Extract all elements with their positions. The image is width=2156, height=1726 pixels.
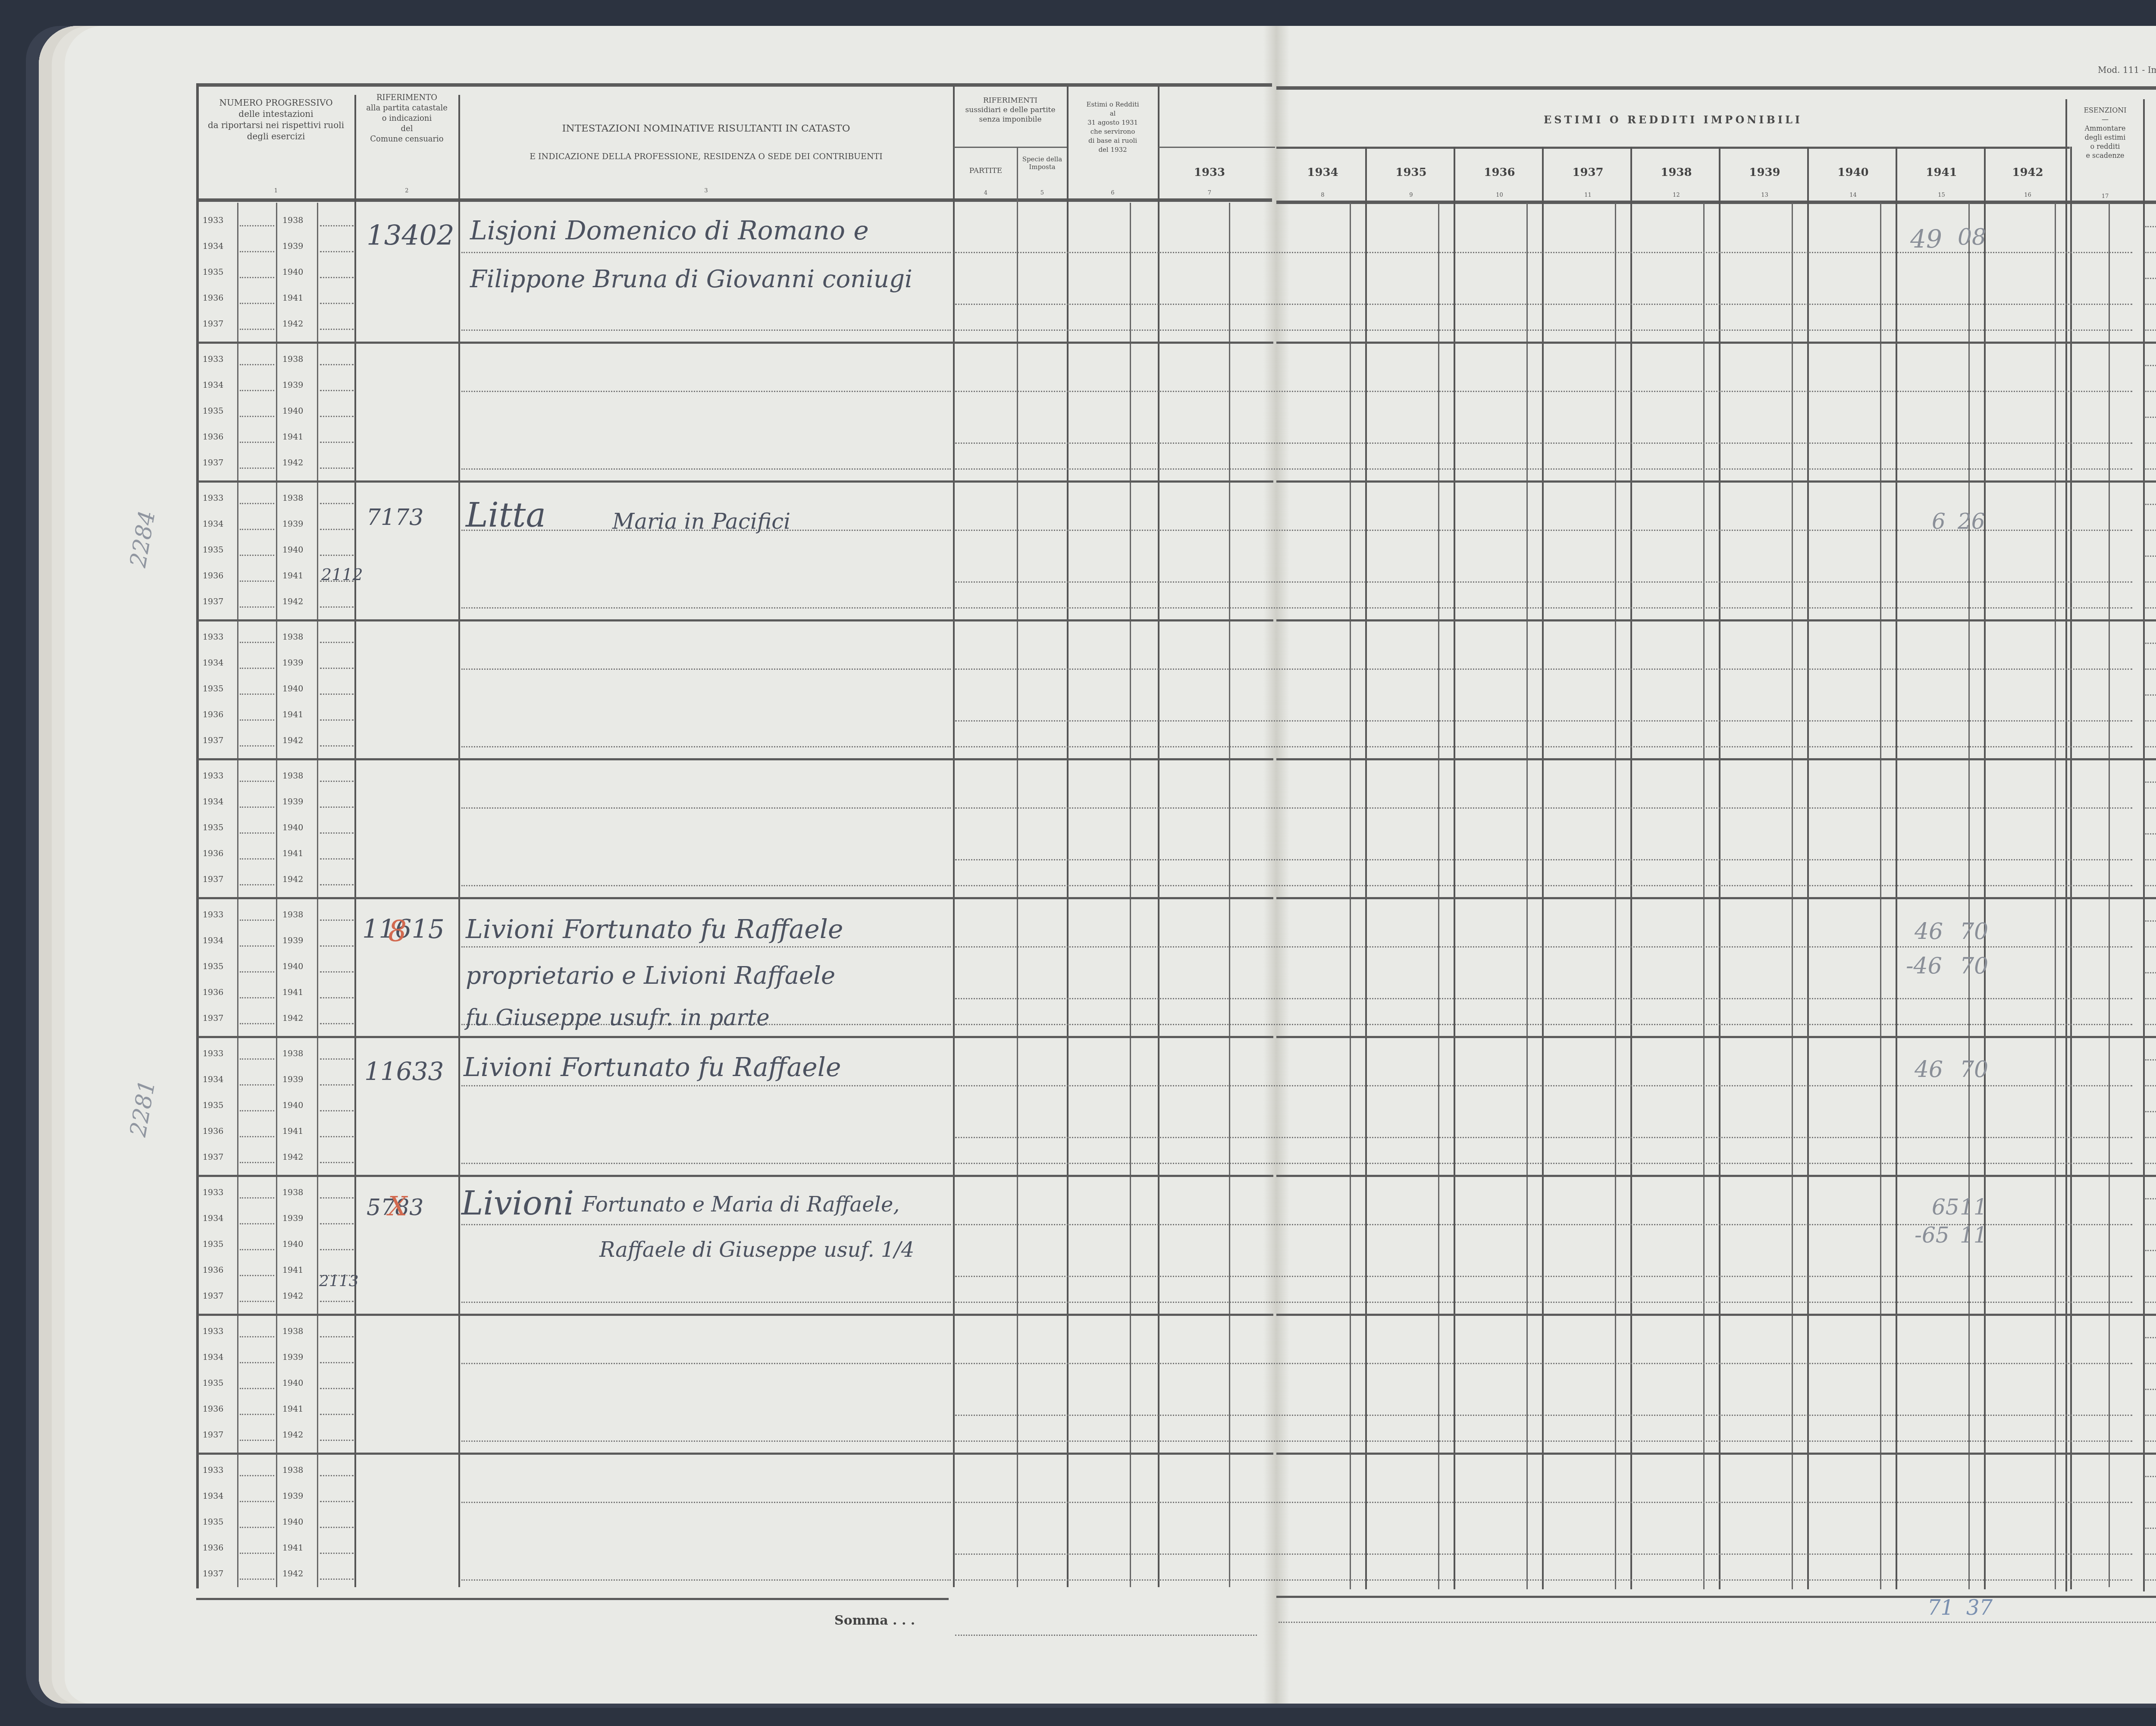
name-dotted-line: [461, 1085, 951, 1086]
row-dotted-leader: [240, 1162, 274, 1163]
entry-6-1941-value: 46: [1915, 919, 1943, 945]
row-dotted-leader: [320, 1301, 354, 1302]
row-dotted-leader: [320, 503, 354, 504]
row-year-right: 1940: [282, 1240, 303, 1249]
row-dotted-leader: [240, 442, 274, 443]
amount-dotted-line: [955, 1137, 2132, 1138]
year-col-divider: [1984, 147, 1986, 1589]
year-col-number: 11: [1544, 192, 1632, 198]
annotation-dotted-line: [2145, 1198, 2156, 1199]
amount-dotted-line: [955, 1553, 2132, 1555]
row-year-left: 1934: [203, 658, 223, 668]
row-year-right: 1942: [282, 1569, 303, 1579]
name-dotted-line: [461, 1302, 951, 1303]
row-year-right: 1941: [282, 710, 303, 719]
row-year-right: 1938: [282, 771, 303, 781]
annotation-dotted-line: [2145, 442, 2156, 444]
entry-separator: [197, 619, 1273, 621]
year-col-divider: [1542, 147, 1544, 1589]
row-dotted-leader: [320, 225, 354, 226]
row-year-left: 1933: [203, 1188, 223, 1197]
row-dotted-leader: [320, 1414, 354, 1415]
row-year-left: 1933: [203, 216, 223, 225]
form-model-label: Mod. 111 - Imposte Dirette (Intercalare)…: [2098, 65, 2156, 75]
row-year-left: 1935: [203, 1378, 223, 1388]
annotation-dotted-line: [2145, 720, 2156, 722]
annotation-dotted-line: [2145, 1415, 2156, 1416]
cents-sub-divider: [2055, 203, 2056, 1589]
amount-dotted-line: [955, 998, 2132, 999]
year-col-number: 10: [1455, 192, 1544, 198]
entry-separator: [1276, 342, 2156, 344]
annotation-dotted-line: [2145, 252, 2156, 253]
col1-number: 1: [198, 188, 354, 194]
annotation-dotted-line: [2145, 278, 2156, 279]
row-dotted-leader: [240, 1301, 274, 1302]
row-dotted-leader: [240, 1023, 274, 1024]
row-year-right: 1940: [282, 1378, 303, 1388]
year-col-divider: [1719, 147, 1720, 1589]
annotation-dotted-line: [2145, 1553, 2156, 1555]
annotation-dotted-line: [2145, 1059, 2156, 1061]
header-esenzioni: ESENZIONI — Ammontare degli estimi o red…: [2067, 106, 2143, 160]
name-dotted-line: [461, 1502, 951, 1503]
row-year-right: 1940: [282, 962, 303, 971]
amount-dotted-line: [955, 1415, 2132, 1416]
row-dotted-leader: [320, 1579, 354, 1580]
entry-separator: [1276, 619, 2156, 621]
entry-separator: [1276, 1175, 2156, 1177]
entry-7-margin-note: 2281: [114, 1095, 171, 1121]
annotation-dotted-line: [2145, 1363, 2156, 1364]
row-dotted-leader: [240, 1058, 274, 1060]
entry-separator: [1276, 1036, 2156, 1038]
row-dotted-leader: [320, 719, 354, 721]
entry-3-partita: 7173: [367, 505, 423, 530]
entry-6-name-line2: proprietario e Livioni Raffaele: [466, 962, 835, 990]
annotation-dotted-line: [2145, 365, 2156, 366]
annotation-dotted-line: [2145, 1476, 2156, 1477]
row-dotted-leader: [240, 642, 274, 643]
row-dotted-leader: [320, 1058, 354, 1060]
entry-1-1941-value: 49: [1910, 224, 1942, 254]
cents-sub-divider: [1792, 203, 1793, 1589]
row-year-left: 1936: [203, 849, 223, 858]
entry-6-1941-cents: 70: [1960, 919, 1988, 945]
row-dotted-leader: [240, 364, 274, 365]
row-dotted-leader: [240, 303, 274, 304]
entry-6-name-line1: Livioni Fortunato fu Raffaele: [466, 914, 843, 945]
annotation-dotted-line: [2145, 504, 2156, 505]
header-col6: Estimi o Redditi al 31 agosto 1931 che s…: [1069, 100, 1157, 154]
year-col-number: 9: [1367, 192, 1455, 198]
entry-3-1941-value: 6: [1932, 509, 1946, 534]
header-specie-imposta: Specie della Imposta: [1018, 155, 1067, 171]
row-dotted-leader: [240, 858, 274, 860]
entry-8-name-line2: Raffaele di Giuseppe usuf. 1/4: [599, 1238, 914, 1262]
annotation-dotted-line: [2145, 1276, 2156, 1277]
row-year-left: 1937: [203, 736, 223, 745]
footer-top-rule-right: [1276, 1596, 2156, 1598]
row-dotted-leader: [240, 1223, 274, 1224]
row-dotted-leader: [320, 529, 354, 530]
row-year-right: 1941: [282, 988, 303, 997]
annotation-dotted-line: [2145, 668, 2156, 670]
row-dotted-leader: [320, 1553, 354, 1554]
table-left-border: [196, 83, 199, 1588]
header-annotazioni: ANNOTAZIONI: [2145, 137, 2156, 148]
name-dotted-line: [461, 807, 951, 809]
row-year-left: 1934: [203, 242, 223, 251]
row-dotted-leader: [240, 1362, 274, 1363]
entry-8-1941-cents-b: 11: [1960, 1223, 1987, 1248]
annotation-dotted-line: [2145, 1250, 2156, 1251]
col4-number: 4: [955, 190, 1017, 196]
somma-line-right: [1279, 1622, 2156, 1623]
row-dotted-leader: [320, 1197, 354, 1199]
annotation-dotted-line: [2145, 833, 2156, 835]
amount-dotted-line: [955, 1440, 2132, 1442]
col6-number: 6: [1069, 190, 1157, 196]
annotation-dotted-line: [2145, 468, 2156, 470]
header-col2: RIFERIMENTO alla partita catastale o ind…: [356, 93, 458, 144]
row-dotted-leader: [240, 1136, 274, 1137]
somma-1941-cents: 37: [1966, 1596, 1993, 1620]
entry-6-1941-cents-b: 70: [1960, 953, 1988, 979]
row-dotted-leader: [320, 781, 354, 782]
entry-separator: [197, 1175, 1273, 1177]
cents-sub-divider: [1438, 203, 1439, 1589]
row-year-left: 1933: [203, 771, 223, 781]
row-dotted-leader: [240, 555, 274, 556]
row-year-right: 1939: [282, 797, 303, 807]
annotation-dotted-line: [2145, 1440, 2156, 1442]
entry-3-margin-note: 2284: [114, 526, 171, 552]
row-dotted-leader: [240, 329, 274, 330]
row-year-right: 1941: [282, 432, 303, 442]
row-year-right: 1940: [282, 545, 303, 555]
entry-8-1941-cents: 11: [1960, 1195, 1987, 1220]
annotation-dotted-line: [2145, 1389, 2156, 1390]
col6-sub-divider: [1130, 203, 1131, 1587]
entry-8-1941-value: 65: [1932, 1195, 1959, 1220]
row-dotted-leader: [240, 694, 274, 695]
annotation-dotted-line: [2145, 555, 2156, 557]
amount-dotted-line: [955, 1276, 2132, 1277]
row-year-right: 1938: [282, 910, 303, 919]
row-dotted-leader: [240, 1275, 274, 1276]
row-dotted-leader: [240, 251, 274, 252]
row-dotted-leader: [320, 668, 354, 669]
annotation-dotted-line: [2145, 1111, 2156, 1112]
row-year-right: 1942: [282, 1152, 303, 1162]
annotation-dotted-line: [2145, 1579, 2156, 1581]
entry-separator: [197, 897, 1273, 899]
row-dotted-leader: [320, 251, 354, 252]
row-year-right: 1939: [282, 1214, 303, 1223]
amount-dotted-line: [955, 252, 2132, 253]
col7-number: 7: [1160, 190, 1259, 196]
row-dotted-leader: [320, 1162, 354, 1163]
entry-8-surname: Livioni: [461, 1184, 574, 1222]
row-year-right: 1939: [282, 1353, 303, 1362]
annotation-dotted-line: [2145, 885, 2156, 886]
row-dotted-leader: [320, 745, 354, 747]
entry-3-side-note: 2112: [321, 565, 363, 584]
somma-1941-value: 71: [1927, 1596, 1954, 1620]
year-col-number: 13: [1720, 192, 1809, 198]
annotation-dotted-line: [2145, 391, 2156, 392]
entry-7-1941-value: 46: [1915, 1057, 1943, 1083]
name-dotted-line: [461, 391, 951, 392]
amount-dotted-line: [955, 304, 2132, 305]
entry-separator: [1276, 1314, 2156, 1316]
row-year-right: 1939: [282, 242, 303, 251]
header-partite: PARTITE: [955, 165, 1017, 176]
year-col-divider: [1807, 147, 1809, 1589]
year-col-divider: [1896, 147, 1897, 1589]
row-year-right: 1938: [282, 216, 303, 225]
row-dotted-leader: [320, 1362, 354, 1363]
row-dotted-leader: [240, 581, 274, 582]
row-dotted-leader: [320, 807, 354, 808]
col18-number: 18: [2145, 193, 2156, 200]
annotation-dotted-line: [2145, 1502, 2156, 1503]
annotation-dotted-line: [2145, 946, 2156, 948]
row-year-left: 1934: [203, 1214, 223, 1223]
row-dotted-leader: [240, 1336, 274, 1337]
row-year-left: 1936: [203, 432, 223, 442]
amount-dotted-line: [955, 607, 2132, 609]
col-divider-17-18: [2143, 99, 2145, 1591]
annotation-dotted-line: [2145, 920, 2156, 922]
row-dotted-leader: [320, 1440, 354, 1441]
row-year-left: 1934: [203, 936, 223, 945]
header-bottom-border-right: [1276, 201, 2156, 204]
row-dotted-leader: [320, 555, 354, 556]
row-dotted-leader: [240, 1249, 274, 1250]
entry-separator: [1276, 758, 2156, 760]
annotation-dotted-line: [2145, 1137, 2156, 1138]
annotation-dotted-line: [2145, 1528, 2156, 1529]
col7-sub-divider: [1229, 203, 1230, 1587]
annotation-dotted-line: [2145, 859, 2156, 860]
row-dotted-leader: [320, 997, 354, 998]
row-dotted-leader: [240, 971, 274, 973]
name-dotted-line: [461, 946, 951, 948]
entry-1-partita: 13402: [367, 220, 454, 252]
row-year-left: 1936: [203, 710, 223, 719]
row-year-right: 1940: [282, 1101, 303, 1110]
amount-dotted-line: [955, 1224, 2132, 1225]
annotation-dotted-line: [2145, 972, 2156, 973]
year-col-number: 12: [1632, 192, 1720, 198]
row-year-right: 1939: [282, 1491, 303, 1501]
row-year-left: 1935: [203, 545, 223, 555]
row-year-left: 1936: [203, 293, 223, 303]
header-year-1939: 1939: [1720, 166, 1809, 179]
somma-line-left: [955, 1635, 1257, 1636]
header-year-1936: 1936: [1455, 166, 1544, 179]
col-divider-6-7: [1158, 86, 1159, 1587]
row-year-right: 1941: [282, 293, 303, 303]
row-year-left: 1937: [203, 597, 223, 606]
annotation-dotted-line: [2145, 1163, 2156, 1164]
cents-sub-divider: [1968, 203, 1970, 1589]
annotation-dotted-line: [2145, 1024, 2156, 1025]
row-dotted-leader: [320, 919, 354, 921]
header-year-1935: 1935: [1367, 166, 1455, 179]
row-dotted-leader: [240, 832, 274, 834]
annotation-dotted-line: [2145, 807, 2156, 809]
row-dotted-leader: [320, 442, 354, 443]
header-col3-subtitle: E INDICAZIONE DELLA PROFESSIONE, RESIDEN…: [461, 151, 951, 162]
riferimenti-sub-rule: [954, 147, 1067, 148]
row-dotted-leader: [240, 1197, 274, 1199]
row-dotted-leader: [320, 329, 354, 330]
row-year-right: 1939: [282, 658, 303, 668]
header-year-1937: 1937: [1544, 166, 1632, 179]
row-year-right: 1938: [282, 355, 303, 364]
name-dotted-line: [461, 330, 951, 331]
entry-8-1941-value-b: -65: [1915, 1223, 1949, 1248]
col5-number: 5: [1018, 190, 1067, 196]
header-year-1938: 1938: [1632, 166, 1720, 179]
entry-separator: [197, 342, 1273, 344]
annotation-dotted-line: [2145, 1085, 2156, 1086]
cents-sub-divider: [1526, 203, 1528, 1589]
cents-sub-divider: [1703, 203, 1705, 1589]
row-year-left: 1933: [203, 1049, 223, 1058]
col-divider-5-6: [1067, 86, 1069, 1587]
entry-6-partita-correction: 8: [388, 914, 407, 948]
year-col-number: 14: [1809, 192, 1897, 198]
row-year-right: 1941: [282, 1265, 303, 1275]
row-year-left: 1935: [203, 1240, 223, 1249]
row-year-right: 1940: [282, 1517, 303, 1527]
row-year-right: 1939: [282, 380, 303, 390]
row-dotted-leader: [240, 225, 274, 226]
col17-sub-divider: [2109, 203, 2110, 1587]
header-year-1941: 1941: [1897, 166, 1986, 179]
annotation-dotted-line: [2145, 1302, 2156, 1303]
col-divider-2-3: [458, 95, 460, 1587]
amount-dotted-line: [955, 581, 2132, 583]
row-year-left: 1934: [203, 797, 223, 807]
name-dotted-line: [461, 1440, 951, 1442]
row-dotted-leader: [240, 807, 274, 808]
row-dotted-leader: [320, 468, 354, 469]
annotation-dotted-line: [2145, 1224, 2156, 1225]
amount-dotted-line: [955, 1579, 2132, 1581]
row-year-left: 1936: [203, 988, 223, 997]
row-dotted-leader: [240, 1414, 274, 1415]
amount-dotted-line: [955, 859, 2132, 860]
row-year-right: 1941: [282, 1543, 303, 1553]
row-dotted-leader: [320, 303, 354, 304]
row-dotted-leader: [240, 1440, 274, 1441]
col3-number: 3: [461, 188, 951, 194]
row-dotted-leader: [240, 945, 274, 947]
row-year-left: 1934: [203, 1075, 223, 1084]
row-year-right: 1941: [282, 1404, 303, 1414]
entry-7-1941-cents: 70: [1960, 1057, 1988, 1083]
row-dotted-leader: [240, 1475, 274, 1476]
annotation-dotted-line: [2145, 581, 2156, 583]
cents-sub-divider: [1350, 203, 1351, 1589]
entry-separator: [197, 758, 1273, 760]
amount-dotted-line: [955, 1085, 2132, 1086]
book-gutter: [1263, 26, 1289, 1704]
entry-3-1941-cents: 26: [1958, 509, 1985, 534]
entry-3-surname: Litta: [466, 496, 546, 535]
header-year-1940: 1940: [1809, 166, 1897, 179]
row-year-left: 1936: [203, 1265, 223, 1275]
amount-dotted-line: [955, 1502, 2132, 1503]
row-year-right: 1942: [282, 875, 303, 884]
annotation-dotted-line: [2145, 1337, 2156, 1338]
row-year-left: 1934: [203, 519, 223, 529]
row-dotted-leader: [320, 832, 354, 834]
row-dotted-leader: [320, 1110, 354, 1111]
row-year-left: 1934: [203, 380, 223, 390]
annotation-dotted-line: [2145, 530, 2156, 531]
row-dotted-leader: [240, 884, 274, 885]
row-dotted-leader: [320, 642, 354, 643]
row-dotted-leader: [320, 277, 354, 278]
header-col3-title: INTESTAZIONI NOMINATIVE RISULTANTI IN CA…: [461, 123, 951, 134]
entry-8-name-rest: Fortunato e Maria di Raffaele,: [582, 1193, 900, 1217]
row-year-left: 1934: [203, 1491, 223, 1501]
row-dotted-leader: [240, 1084, 274, 1086]
header-year-1933: 1933: [1160, 166, 1259, 179]
row-year-left: 1933: [203, 1466, 223, 1475]
row-year-left: 1935: [203, 962, 223, 971]
name-dotted-line: [461, 252, 951, 253]
annotation-dotted-line: [2145, 998, 2156, 999]
row-dotted-leader: [320, 1475, 354, 1476]
annotation-dotted-line: [2145, 746, 2156, 747]
name-dotted-line: [461, 468, 951, 470]
row-year-left: 1937: [203, 458, 223, 468]
name-dotted-line: [461, 1363, 951, 1364]
row-dotted-leader: [240, 390, 274, 391]
row-year-left: 1933: [203, 355, 223, 364]
row-year-right: 1942: [282, 736, 303, 745]
row-dotted-leader: [240, 277, 274, 278]
row-year-right: 1938: [282, 1466, 303, 1475]
row-year-right: 1938: [282, 1188, 303, 1197]
year-col-number: 16: [1984, 192, 2072, 198]
header-year-1942: 1942: [1984, 166, 2072, 179]
year-header-rule-left: [1159, 147, 1275, 148]
amount-dotted-line: [955, 468, 2132, 470]
row-year-left: 1937: [203, 875, 223, 884]
row-dotted-leader: [320, 1023, 354, 1024]
col2-number: 2: [356, 188, 458, 194]
entry-8-side-note: 2113: [319, 1272, 359, 1290]
annotation-dotted-line: [2145, 694, 2156, 696]
row-year-right: 1942: [282, 1291, 303, 1301]
header-bottom-border: [196, 198, 1272, 202]
annotation-dotted-line: [2145, 417, 2156, 418]
right-page: [1276, 26, 2156, 1704]
row-year-left: 1934: [203, 1353, 223, 1362]
row-dotted-leader: [320, 1336, 354, 1337]
row-year-right: 1942: [282, 597, 303, 606]
row-year-left: 1936: [203, 1404, 223, 1414]
entry-separator: [197, 1453, 1273, 1455]
